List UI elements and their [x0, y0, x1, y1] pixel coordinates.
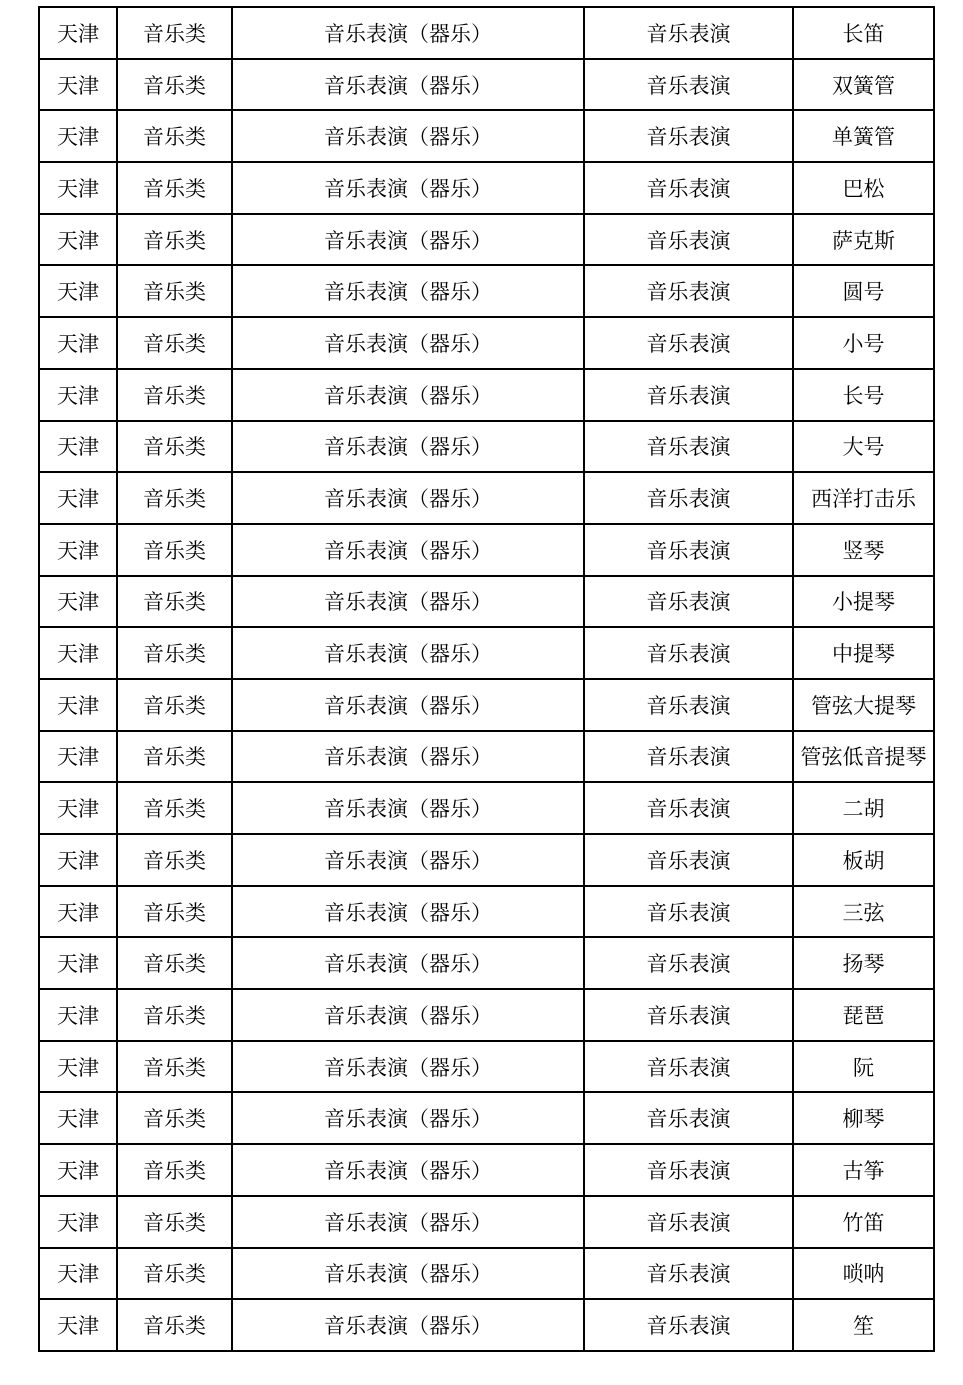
cell-major: 音乐表演（器乐）: [232, 59, 584, 111]
cell-province: 天津: [39, 214, 117, 266]
cell-instrument: 萨克斯: [793, 214, 934, 266]
cell-category: 音乐类: [117, 679, 232, 731]
cell-province: 天津: [39, 834, 117, 886]
cell-province: 天津: [39, 731, 117, 783]
cell-province: 天津: [39, 110, 117, 162]
cell-category: 音乐类: [117, 369, 232, 421]
cell-instrument: 唢呐: [793, 1248, 934, 1300]
cell-direction: 音乐表演: [584, 1144, 793, 1196]
cell-province: 天津: [39, 265, 117, 317]
cell-direction: 音乐表演: [584, 1248, 793, 1300]
cell-instrument: 二胡: [793, 782, 934, 834]
majors-table: 天津音乐类音乐表演（器乐）音乐表演长笛天津音乐类音乐表演（器乐）音乐表演双簧管天…: [38, 6, 935, 1352]
cell-province: 天津: [39, 1144, 117, 1196]
cell-instrument: 西洋打击乐: [793, 472, 934, 524]
cell-direction: 音乐表演: [584, 162, 793, 214]
cell-major: 音乐表演（器乐）: [232, 937, 584, 989]
table-body: 天津音乐类音乐表演（器乐）音乐表演长笛天津音乐类音乐表演（器乐）音乐表演双簧管天…: [39, 7, 934, 1351]
cell-category: 音乐类: [117, 989, 232, 1041]
table-row: 天津音乐类音乐表演（器乐）音乐表演竖琴: [39, 524, 934, 576]
table-row: 天津音乐类音乐表演（器乐）音乐表演双簧管: [39, 59, 934, 111]
cell-direction: 音乐表演: [584, 627, 793, 679]
table-row: 天津音乐类音乐表演（器乐）音乐表演古筝: [39, 1144, 934, 1196]
table-row: 天津音乐类音乐表演（器乐）音乐表演唢呐: [39, 1248, 934, 1300]
cell-province: 天津: [39, 1196, 117, 1248]
cell-province: 天津: [39, 989, 117, 1041]
cell-major: 音乐表演（器乐）: [232, 369, 584, 421]
cell-instrument: 长笛: [793, 7, 934, 59]
document-page: 天津音乐类音乐表演（器乐）音乐表演长笛天津音乐类音乐表演（器乐）音乐表演双簧管天…: [0, 0, 963, 1385]
table-row: 天津音乐类音乐表演（器乐）音乐表演大号: [39, 421, 934, 473]
cell-direction: 音乐表演: [584, 317, 793, 369]
cell-major: 音乐表演（器乐）: [232, 472, 584, 524]
cell-instrument: 三弦: [793, 886, 934, 938]
cell-direction: 音乐表演: [584, 110, 793, 162]
cell-category: 音乐类: [117, 421, 232, 473]
table-row: 天津音乐类音乐表演（器乐）音乐表演中提琴: [39, 627, 934, 679]
cell-province: 天津: [39, 59, 117, 111]
cell-major: 音乐表演（器乐）: [232, 834, 584, 886]
table-row: 天津音乐类音乐表演（器乐）音乐表演小号: [39, 317, 934, 369]
cell-category: 音乐类: [117, 472, 232, 524]
cell-major: 音乐表演（器乐）: [232, 7, 584, 59]
cell-instrument: 管弦低音提琴: [793, 731, 934, 783]
cell-direction: 音乐表演: [584, 1299, 793, 1351]
table-row: 天津音乐类音乐表演（器乐）音乐表演圆号: [39, 265, 934, 317]
cell-province: 天津: [39, 1299, 117, 1351]
table-row: 天津音乐类音乐表演（器乐）音乐表演西洋打击乐: [39, 472, 934, 524]
cell-instrument: 竹笛: [793, 1196, 934, 1248]
cell-province: 天津: [39, 782, 117, 834]
cell-direction: 音乐表演: [584, 214, 793, 266]
cell-instrument: 圆号: [793, 265, 934, 317]
cell-category: 音乐类: [117, 1196, 232, 1248]
cell-category: 音乐类: [117, 7, 232, 59]
cell-direction: 音乐表演: [584, 937, 793, 989]
cell-direction: 音乐表演: [584, 886, 793, 938]
table-row: 天津音乐类音乐表演（器乐）音乐表演长号: [39, 369, 934, 421]
cell-province: 天津: [39, 317, 117, 369]
cell-instrument: 扬琴: [793, 937, 934, 989]
cell-category: 音乐类: [117, 162, 232, 214]
table-row: 天津音乐类音乐表演（器乐）音乐表演三弦: [39, 886, 934, 938]
table-row: 天津音乐类音乐表演（器乐）音乐表演阮: [39, 1041, 934, 1093]
cell-major: 音乐表演（器乐）: [232, 576, 584, 628]
cell-province: 天津: [39, 679, 117, 731]
cell-instrument: 小号: [793, 317, 934, 369]
cell-major: 音乐表演（器乐）: [232, 421, 584, 473]
cell-category: 音乐类: [117, 59, 232, 111]
cell-category: 音乐类: [117, 886, 232, 938]
cell-direction: 音乐表演: [584, 7, 793, 59]
cell-instrument: 管弦大提琴: [793, 679, 934, 731]
cell-major: 音乐表演（器乐）: [232, 110, 584, 162]
cell-instrument: 中提琴: [793, 627, 934, 679]
table-row: 天津音乐类音乐表演（器乐）音乐表演管弦低音提琴: [39, 731, 934, 783]
cell-category: 音乐类: [117, 834, 232, 886]
cell-major: 音乐表演（器乐）: [232, 782, 584, 834]
table-row: 天津音乐类音乐表演（器乐）音乐表演竹笛: [39, 1196, 934, 1248]
cell-direction: 音乐表演: [584, 989, 793, 1041]
cell-direction: 音乐表演: [584, 782, 793, 834]
cell-province: 天津: [39, 1248, 117, 1300]
table-row: 天津音乐类音乐表演（器乐）音乐表演柳琴: [39, 1092, 934, 1144]
cell-category: 音乐类: [117, 317, 232, 369]
cell-major: 音乐表演（器乐）: [232, 1092, 584, 1144]
cell-major: 音乐表演（器乐）: [232, 524, 584, 576]
cell-province: 天津: [39, 524, 117, 576]
cell-instrument: 大号: [793, 421, 934, 473]
cell-category: 音乐类: [117, 1144, 232, 1196]
cell-province: 天津: [39, 1041, 117, 1093]
cell-direction: 音乐表演: [584, 834, 793, 886]
cell-category: 音乐类: [117, 524, 232, 576]
cell-direction: 音乐表演: [584, 1092, 793, 1144]
cell-category: 音乐类: [117, 937, 232, 989]
cell-category: 音乐类: [117, 576, 232, 628]
cell-category: 音乐类: [117, 1092, 232, 1144]
table-row: 天津音乐类音乐表演（器乐）音乐表演巴松: [39, 162, 934, 214]
cell-category: 音乐类: [117, 1041, 232, 1093]
table-row: 天津音乐类音乐表演（器乐）音乐表演二胡: [39, 782, 934, 834]
cell-instrument: 长号: [793, 369, 934, 421]
cell-province: 天津: [39, 886, 117, 938]
cell-instrument: 板胡: [793, 834, 934, 886]
cell-instrument: 柳琴: [793, 1092, 934, 1144]
cell-major: 音乐表演（器乐）: [232, 627, 584, 679]
cell-direction: 音乐表演: [584, 472, 793, 524]
cell-direction: 音乐表演: [584, 524, 793, 576]
cell-direction: 音乐表演: [584, 1041, 793, 1093]
cell-province: 天津: [39, 576, 117, 628]
cell-instrument: 双簧管: [793, 59, 934, 111]
cell-province: 天津: [39, 627, 117, 679]
cell-category: 音乐类: [117, 1248, 232, 1300]
cell-province: 天津: [39, 369, 117, 421]
cell-direction: 音乐表演: [584, 679, 793, 731]
table-row: 天津音乐类音乐表演（器乐）音乐表演板胡: [39, 834, 934, 886]
cell-major: 音乐表演（器乐）: [232, 1196, 584, 1248]
cell-major: 音乐表演（器乐）: [232, 679, 584, 731]
cell-major: 音乐表演（器乐）: [232, 1248, 584, 1300]
cell-major: 音乐表演（器乐）: [232, 317, 584, 369]
cell-province: 天津: [39, 937, 117, 989]
table-row: 天津音乐类音乐表演（器乐）音乐表演笙: [39, 1299, 934, 1351]
cell-direction: 音乐表演: [584, 1196, 793, 1248]
cell-category: 音乐类: [117, 214, 232, 266]
cell-category: 音乐类: [117, 265, 232, 317]
table-row: 天津音乐类音乐表演（器乐）音乐表演萨克斯: [39, 214, 934, 266]
table-row: 天津音乐类音乐表演（器乐）音乐表演管弦大提琴: [39, 679, 934, 731]
table-row: 天津音乐类音乐表演（器乐）音乐表演琵琶: [39, 989, 934, 1041]
cell-category: 音乐类: [117, 110, 232, 162]
cell-direction: 音乐表演: [584, 369, 793, 421]
cell-province: 天津: [39, 1092, 117, 1144]
cell-direction: 音乐表演: [584, 59, 793, 111]
cell-major: 音乐表演（器乐）: [232, 1144, 584, 1196]
cell-direction: 音乐表演: [584, 265, 793, 317]
cell-instrument: 阮: [793, 1041, 934, 1093]
cell-major: 音乐表演（器乐）: [232, 162, 584, 214]
cell-major: 音乐表演（器乐）: [232, 214, 584, 266]
cell-category: 音乐类: [117, 731, 232, 783]
cell-instrument: 单簧管: [793, 110, 934, 162]
table-row: 天津音乐类音乐表演（器乐）音乐表演小提琴: [39, 576, 934, 628]
table-row: 天津音乐类音乐表演（器乐）音乐表演长笛: [39, 7, 934, 59]
cell-major: 音乐表演（器乐）: [232, 886, 584, 938]
cell-instrument: 古筝: [793, 1144, 934, 1196]
cell-major: 音乐表演（器乐）: [232, 989, 584, 1041]
cell-instrument: 笙: [793, 1299, 934, 1351]
cell-province: 天津: [39, 421, 117, 473]
cell-major: 音乐表演（器乐）: [232, 265, 584, 317]
cell-direction: 音乐表演: [584, 576, 793, 628]
cell-direction: 音乐表演: [584, 731, 793, 783]
cell-category: 音乐类: [117, 782, 232, 834]
cell-instrument: 琵琶: [793, 989, 934, 1041]
cell-province: 天津: [39, 162, 117, 214]
cell-province: 天津: [39, 7, 117, 59]
table-row: 天津音乐类音乐表演（器乐）音乐表演单簧管: [39, 110, 934, 162]
cell-instrument: 巴松: [793, 162, 934, 214]
cell-major: 音乐表演（器乐）: [232, 731, 584, 783]
cell-major: 音乐表演（器乐）: [232, 1299, 584, 1351]
table-row: 天津音乐类音乐表演（器乐）音乐表演扬琴: [39, 937, 934, 989]
cell-category: 音乐类: [117, 1299, 232, 1351]
cell-category: 音乐类: [117, 627, 232, 679]
cell-direction: 音乐表演: [584, 421, 793, 473]
cell-instrument: 小提琴: [793, 576, 934, 628]
cell-major: 音乐表演（器乐）: [232, 1041, 584, 1093]
cell-province: 天津: [39, 472, 117, 524]
cell-instrument: 竖琴: [793, 524, 934, 576]
